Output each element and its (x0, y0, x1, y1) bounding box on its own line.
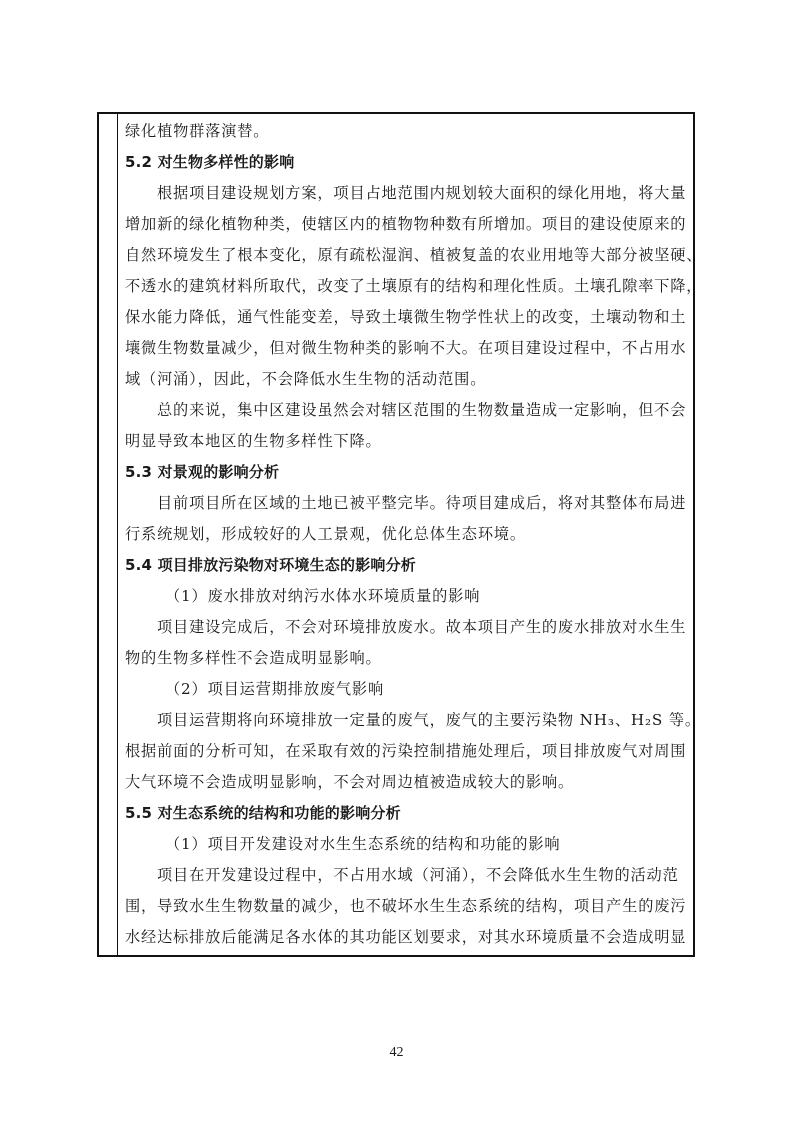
section-heading-5-3: 5.3 对景观的影响分析 (125, 457, 691, 488)
paragraph-line: 项目运营期将向环境排放一定量的废气，废气的主要污染物 NH₃、H₂S 等。 (125, 705, 691, 736)
content-table-frame: 绿化植物群落演替。 5.2 对生物多样性的影响 根据项目建设规划方案，项目占地范… (97, 112, 695, 957)
paragraph-line: 壤微生物数量减少，但对微生物种类的影响不大。在项目建设过程中，不占用水 (125, 333, 691, 364)
table-column-divider (117, 114, 118, 955)
section-heading-5-4: 5.4 项目排放污染物对环境生态的影响分析 (125, 550, 691, 581)
paragraph-line: 绿化植物群落演替。 (125, 116, 691, 147)
paragraph-line: 保水能力降低，通气性能变差，导致土壤微生物学性状上的改变，土壤动物和土 (125, 302, 691, 333)
section-heading-5-5: 5.5 对生态系统的结构和功能的影响分析 (125, 798, 691, 829)
paragraph-line: 总的来说，集中区建设虽然会对辖区范围的生物数量造成一定影响，但不会 (125, 395, 691, 426)
paragraph-line: 目前项目所在区域的土地已被平整完毕。待项目建成后，将对其整体布局进 (125, 488, 691, 519)
paragraph-line: 根据项目建设规划方案，项目占地范围内规划较大面积的绿化用地，将大量 (125, 178, 691, 209)
paragraph-line: 自然环境发生了根本变化，原有疏松湿润、植被复盖的农业用地等大部分被坚硬、 (125, 240, 691, 271)
paragraph-line: 物的生物多样性不会造成明显影响。 (125, 643, 691, 674)
paragraph-line: 增加新的绿化植物种类，使辖区内的植物物种数有所增加。项目的建设使原来的 (125, 209, 691, 240)
paragraph-line: 行系统规划，形成较好的人工景观，优化总体生态环境。 (125, 519, 691, 550)
paragraph-line: 大气环境不会造成明显影响，不会对周边植被造成较大的影响。 (125, 767, 691, 798)
document-body: 绿化植物群落演替。 5.2 对生物多样性的影响 根据项目建设规划方案，项目占地范… (125, 116, 691, 953)
paragraph-line: 项目建设完成后，不会对环境排放废水。故本项目产生的废水排放对水生生 (125, 612, 691, 643)
paragraph-line: 水经达标排放后能满足各水体的其功能区划要求，对其水环境质量不会造成明显 (125, 922, 691, 953)
section-heading-5-2: 5.2 对生物多样性的影响 (125, 147, 691, 178)
subsection-heading: （1）项目开发建设对水生生态系统的结构和功能的影响 (125, 829, 691, 860)
paragraph-line: 明显导致本地区的生物多样性下降。 (125, 426, 691, 457)
paragraph-line: 根据前面的分析可知，在采取有效的污染控制措施处理后，项目排放废气对周围 (125, 736, 691, 767)
paragraph-line: 围，导致水生生物数量的减少，也不破坏水生生态系统的结构，项目产生的废污 (125, 891, 691, 922)
paragraph-line: 域（河涌），因此，不会降低水生生物的活动范围。 (125, 364, 691, 395)
subsection-heading: （2）项目运营期排放废气影响 (125, 674, 691, 705)
paragraph-line: 不透水的建筑材料所取代，改变了土壤原有的结构和理化性质。土壤孔隙率下降， (125, 271, 691, 302)
subsection-heading: （1）废水排放对纳污水体水环境质量的影响 (125, 581, 691, 612)
paragraph-line: 项目在开发建设过程中，不占用水域（河涌），不会降低水生生物的活动范 (125, 860, 691, 891)
page-number: 42 (0, 1045, 793, 1061)
